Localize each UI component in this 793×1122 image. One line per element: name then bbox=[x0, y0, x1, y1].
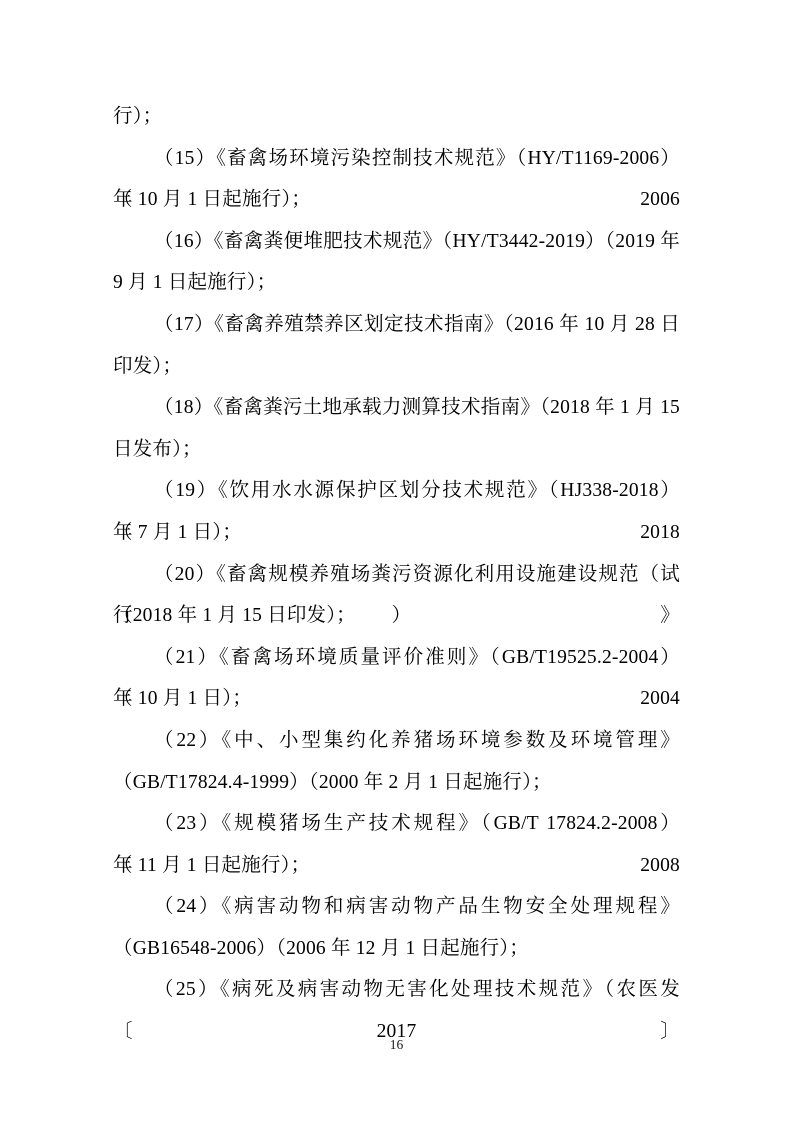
paragraph-line: （23）《规模猪场生产技术规程》（GB/T 17824.2-2008）（2008 bbox=[113, 803, 680, 845]
paragraph-line: 行）； bbox=[113, 96, 680, 138]
paragraph-item-23: （23）《规模猪场生产技术规程》（GB/T 17824.2-2008）（2008… bbox=[113, 803, 680, 886]
paragraph-item-19: （19）《饮用水水源保护区划分技术规范》（HJ338-2018）（2018年 7… bbox=[113, 470, 680, 553]
paragraph-item-17: （17）《畜禽养殖禁养区划定技术指南》（2016 年 10 月 28 日印发）； bbox=[113, 304, 680, 387]
document-page: 行）；（15）《畜禽场环境污染控制技术规范》（HY/T1169-2006）（20… bbox=[0, 0, 793, 1122]
paragraph-line: （15）《畜禽场环境污染控制技术规范》（HY/T1169-2006）（2006 bbox=[113, 138, 680, 180]
paragraph-line: （25）《病死及病害动物无害化处理技术规范》（农医发〔2017〕 bbox=[113, 969, 680, 1011]
paragraph-line: （18）《畜禽粪污土地承载力测算技术指南》（2018 年 1 月 15 bbox=[113, 387, 680, 429]
paragraph-line: （22）《中、小型集约化养猪场环境参数及环境管理》 bbox=[113, 720, 680, 762]
paragraph-line: （21）《畜禽场环境质量评价准则》（GB/T19525.2-2004）（2004 bbox=[113, 637, 680, 679]
paragraph-line: 9 月 1 日起施行）； bbox=[113, 262, 680, 304]
page-number: 16 bbox=[0, 1036, 793, 1054]
paragraph-item-21: （21）《畜禽场环境质量评价准则》（GB/T19525.2-2004）（2004… bbox=[113, 637, 680, 720]
paragraph-item-14-continuation: 行）； bbox=[113, 96, 680, 138]
paragraph-line: （GB/T17824.4-1999）（2000 年 2 月 1 日起施行）； bbox=[113, 762, 680, 804]
paragraph-line: （19）《饮用水水源保护区划分技术规范》（HJ338-2018）（2018 bbox=[113, 470, 680, 512]
paragraph-item-16: （16）《畜禽粪便堆肥技术规范》（HY/T3442-2019）（2019 年9 … bbox=[113, 221, 680, 304]
paragraph-line: （GB16548-2006）（2006 年 12 月 1 日起施行）； bbox=[113, 928, 680, 970]
paragraph-line: 印发）； bbox=[113, 346, 680, 388]
paragraph-line: （24）《病害动物和病害动物产品生物安全处理规程》 bbox=[113, 886, 680, 928]
paragraph-line: （16）《畜禽粪便堆肥技术规范》（HY/T3442-2019）（2019 年 bbox=[113, 221, 680, 263]
paragraph-item-25: （25）《病死及病害动物无害化处理技术规范》（农医发〔2017〕 bbox=[113, 969, 680, 1011]
paragraph-item-20: （20）《畜禽规模养殖场粪污资源化利用设施建设规范（试行）》（2018 年 1 … bbox=[113, 554, 680, 637]
document-body: 行）；（15）《畜禽场环境污染控制技术规范》（HY/T1169-2006）（20… bbox=[113, 96, 680, 1011]
paragraph-item-22: （22）《中、小型集约化养猪场环境参数及环境管理》（GB/T17824.4-19… bbox=[113, 720, 680, 803]
paragraph-line: （17）《畜禽养殖禁养区划定技术指南》（2016 年 10 月 28 日 bbox=[113, 304, 680, 346]
paragraph-line: 日发布）； bbox=[113, 429, 680, 471]
paragraph-line: （20）《畜禽规模养殖场粪污资源化利用设施建设规范（试行）》 bbox=[113, 554, 680, 596]
paragraph-item-18: （18）《畜禽粪污土地承载力测算技术指南》（2018 年 1 月 15日发布）； bbox=[113, 387, 680, 470]
paragraph-item-24: （24）《病害动物和病害动物产品生物安全处理规程》（GB16548-2006）（… bbox=[113, 886, 680, 969]
paragraph-item-15: （15）《畜禽场环境污染控制技术规范》（HY/T1169-2006）（2006年… bbox=[113, 138, 680, 221]
